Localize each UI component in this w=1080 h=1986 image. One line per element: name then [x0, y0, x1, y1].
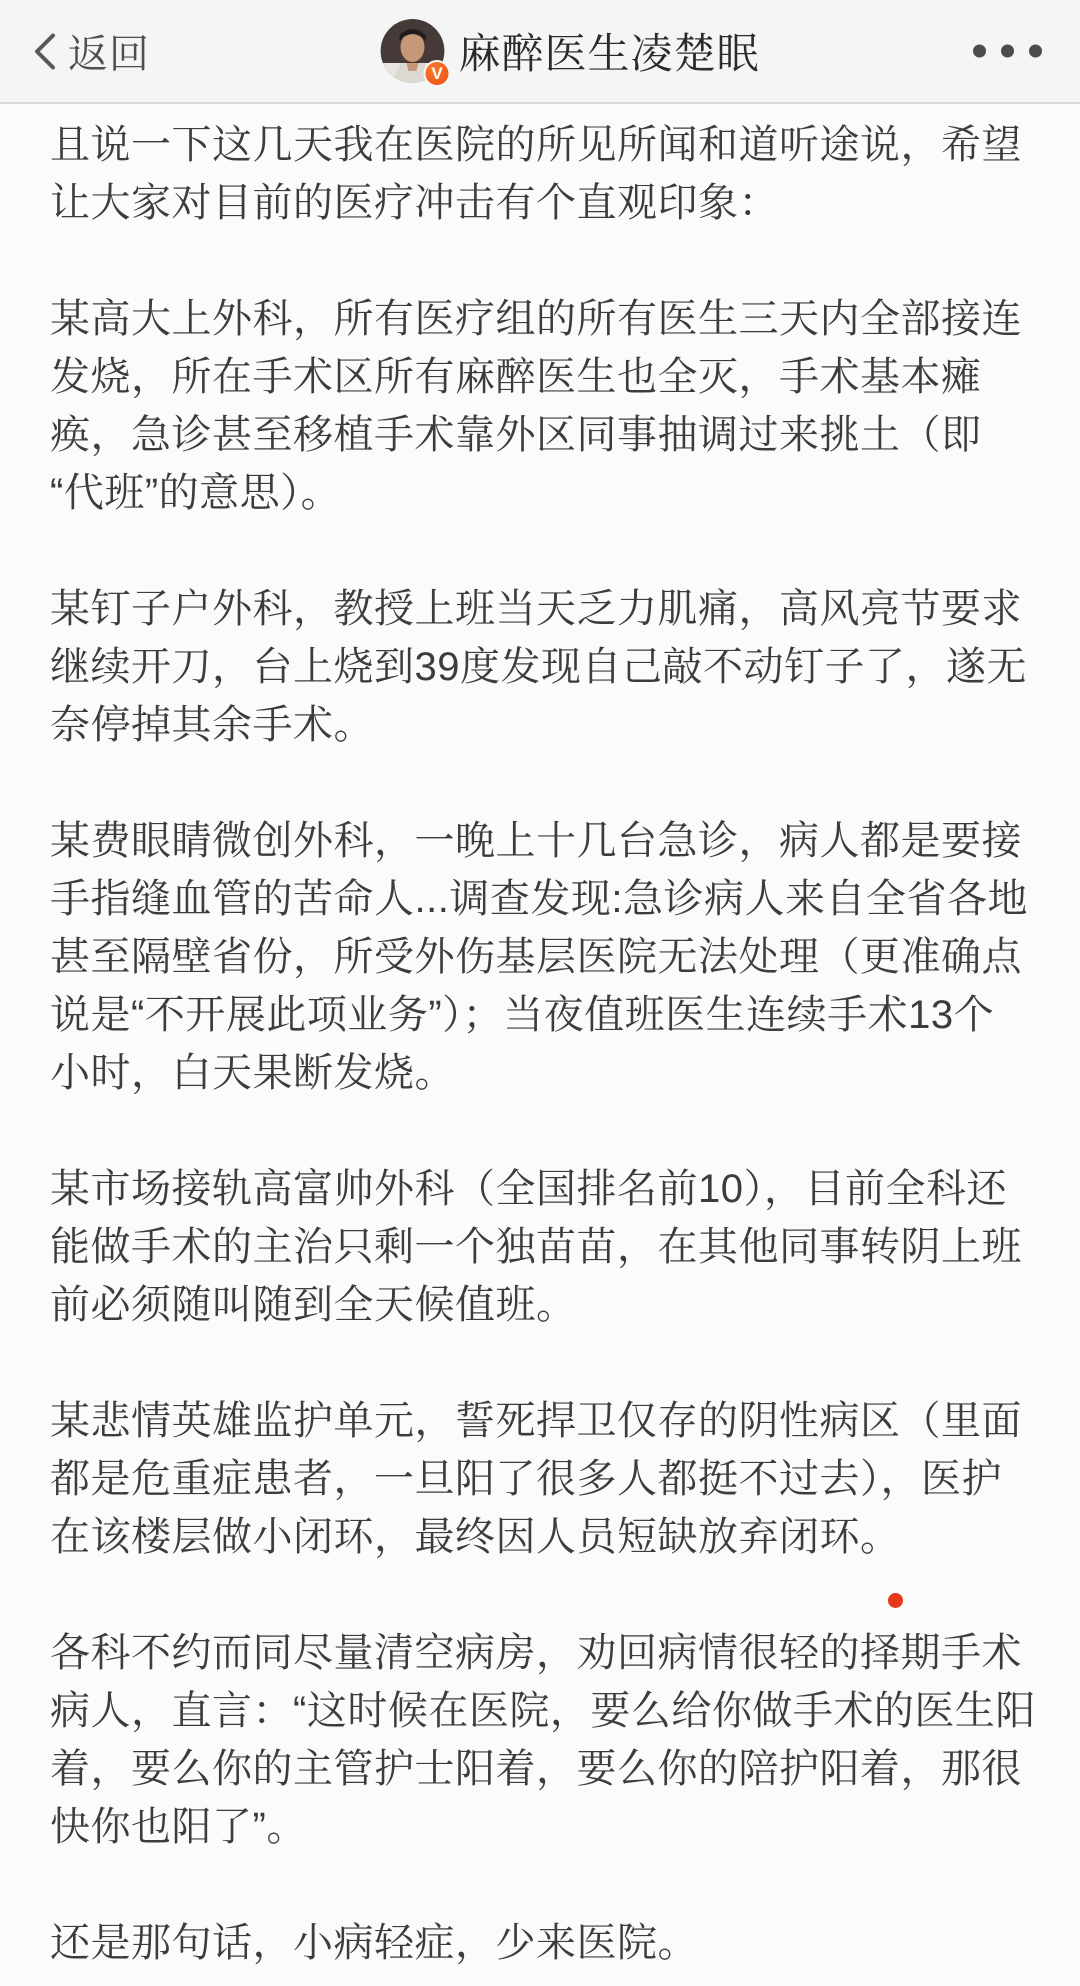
post-paragraph: 某钉子户外科，教授上班当天乏力肌痛，高风亮节要求 继续开刀，台上烧到39度发现自…: [50, 580, 1056, 754]
post-paragraph: 某市场接轨高富帅外科（全国排名前10），目前全科还 能做手术的主治只剩一个独苗苗…: [50, 1160, 1056, 1334]
profile-username: 麻醉医生凌楚眠: [458, 21, 759, 81]
red-dot-marker: [888, 1593, 903, 1608]
app-screen: 返回 V 麻醉医: [0, 0, 1080, 1986]
post-paragraph: 某高大上外科，所有医疗组的所有医生三天内全部接连 发烧，所在手术区所有麻醉医生也…: [50, 290, 1056, 522]
ellipsis-icon: [1029, 45, 1042, 58]
post-paragraph: 某费眼睛微创外科，一晚上十几台急诊，病人都是要接 手指缝血管的苦命人...调查发…: [50, 812, 1056, 1102]
more-menu-button[interactable]: [973, 35, 1042, 68]
avatar: V: [380, 19, 444, 83]
back-button-label: 返回: [68, 23, 150, 80]
post-paragraph: 还是那句话，小病轻症，少来医院。: [50, 1914, 1056, 1972]
post-paragraph: 各科不约而同尽量清空病房，劝回病情很轻的择期手术 病人，直言：“这时候在医院，要…: [50, 1624, 1056, 1856]
ellipsis-icon: [973, 45, 986, 58]
profile-header[interactable]: V 麻醉医生凌楚眠: [380, 19, 759, 83]
post-paragraph: 且说一下这几天我在医院的所见所闻和道听途说，希望 让大家对目前的医疗冲击有个直观…: [50, 116, 1056, 232]
chevron-left-icon: [32, 31, 58, 71]
verified-badge-icon: V: [423, 60, 450, 87]
navbar: 返回 V 麻醉医: [0, 0, 1080, 104]
post-body: 且说一下这几天我在医院的所见所闻和道听途说，希望 让大家对目前的医疗冲击有个直观…: [0, 104, 1080, 1972]
back-button[interactable]: 返回: [32, 23, 150, 80]
ellipsis-icon: [1001, 45, 1014, 58]
post-paragraph: 某悲情英雄监护单元，誓死捍卫仅存的阴性病区（里面 都是危重症患者，一旦阳了很多人…: [50, 1392, 1056, 1566]
